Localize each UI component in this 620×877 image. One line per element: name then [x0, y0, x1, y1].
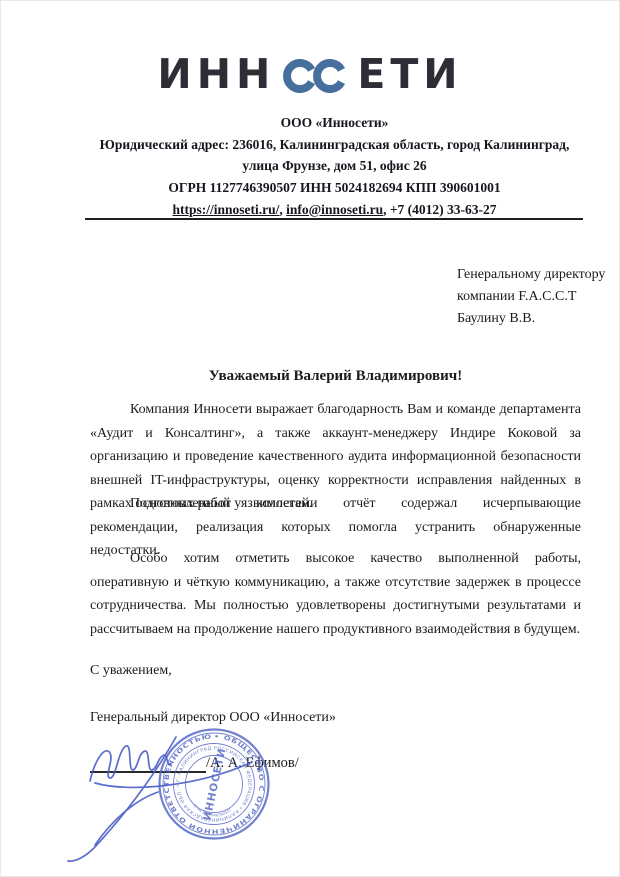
letter-document: ИНН ЕТИ ООО «Инносети» Юридический адрес… [0, 0, 620, 877]
email-link[interactable]: info@innoseti.ru [286, 202, 383, 217]
chain-links-icon [276, 59, 354, 93]
legal-address-line1: Юридический адрес: 236016, Калининградск… [86, 134, 583, 156]
body-paragraph: Особо хотим отметить высокое качество вы… [90, 547, 581, 641]
addressee-position: Генеральному директору [457, 264, 605, 286]
closing-regards: С уважением, [90, 663, 172, 679]
handwritten-signature [60, 725, 280, 875]
addressee-company: компании F.A.C.C.T [457, 286, 605, 308]
registration-numbers: ОГРН 1127746390507 ИНН 5024182694 КПП 39… [86, 177, 583, 199]
company-name: ООО «Инносети» [86, 112, 583, 134]
separator: , [383, 202, 390, 217]
salutation: Уважаемый Валерий Владимирович! [90, 368, 581, 385]
website-link[interactable]: https://innoseti.ru/ [172, 202, 279, 217]
company-logo: ИНН ЕТИ [0, 52, 620, 96]
letterhead: ООО «Инносети» Юридический адрес: 236016… [86, 112, 583, 221]
header-divider [85, 218, 583, 220]
phone-number: +7 (4012) 33-63-27 [390, 202, 497, 217]
logo-text-left: ИНН [157, 52, 275, 96]
addressee-name: Баулину В.В. [457, 308, 605, 330]
addressee-block: Генеральному директору компании F.A.C.C.… [457, 264, 605, 330]
legal-address-line2: улица Фрунзе, дом 51, офис 26 [86, 155, 583, 177]
logo-text-right: ЕТИ [357, 52, 462, 96]
